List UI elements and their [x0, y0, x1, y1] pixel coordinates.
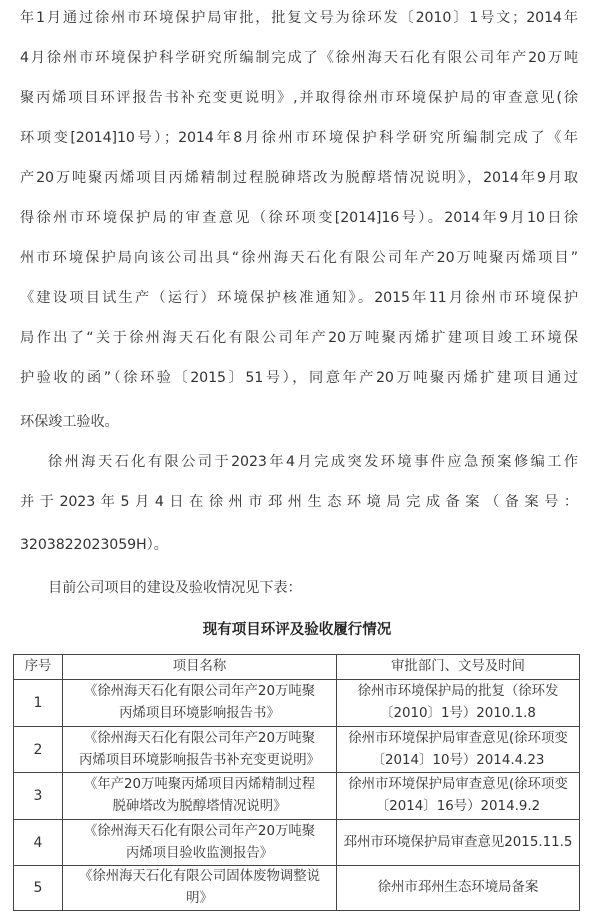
- table-intro-line: 目前公司项目的建设及验收情况见下表：: [48, 578, 578, 598]
- cell-text-line: 徐州市环境保护局的批复（徐环发: [341, 681, 575, 703]
- row-index: 1: [14, 680, 63, 727]
- paragraph-line: 并于2023年5月4日在徐州市邳州生态环境局完成备案（备案号：: [20, 492, 578, 512]
- paragraph-line: 《建设项目试生产（运行）环境保护核准通知》。2015年11月徐州市环境保护: [20, 288, 578, 308]
- row-project-name: 《徐州海天石化有限公司固体废物调整说明》: [63, 866, 337, 911]
- paragraph-line: 环项变[2014]10号）；2014年8月徐州市环境保护科学研究所编制完成了《年: [20, 128, 578, 148]
- paragraph-line: 4月徐州市环境保护科学研究所编制完成了《徐州海天石化有限公司年产20万吨: [20, 48, 578, 68]
- row-approval: 徐州市环境保护局的批复（徐环发〔2010〕1号）2010.1.8: [337, 680, 580, 727]
- paragraph-line: 得徐州市环境保护局的审查意见（徐环项变[2014]16号）。2014年9月10日…: [20, 208, 578, 228]
- table-row: 4《徐州海天石化有限公司年产20万吨聚丙烯项目验收监测报告》邳州市环境保护局审查…: [14, 820, 580, 866]
- table-row: 1《徐州海天石化有限公司年产20万吨聚丙烯项目环境影响报告书》徐州市环境保护局的…: [14, 680, 580, 727]
- table-row: 3《年产20万吨聚丙烯项目丙烯精制过程脱砷塔改为脱醇塔情况说明》徐州市环境保护局…: [14, 773, 580, 820]
- row-index: 3: [14, 773, 63, 820]
- cell-text-line: 《徐州海天石化有限公司年产20万吨聚: [67, 728, 332, 750]
- cell-text-line: 徐州市环境保护局审查意见(徐环项变: [341, 774, 575, 796]
- row-project-name: 《徐州海天石化有限公司年产20万吨聚丙烯项目环境影响报告书》: [63, 680, 337, 727]
- cell-text-line: 《年产20万吨聚丙烯项目丙烯精制过程: [67, 774, 332, 796]
- cell-text-line: 徐州市邳州生态环境局备案: [341, 877, 575, 899]
- paragraph-line: 州市环境保护局向该公司出具“徐州海天石化有限公司年产20万吨聚丙烯项目”: [20, 248, 578, 268]
- cell-text-line: 徐州市环境保护局审查意见(徐环项变: [341, 728, 575, 750]
- row-project-name: 《年产20万吨聚丙烯项目丙烯精制过程脱砷塔改为脱醇塔情况说明》: [63, 773, 337, 820]
- cell-text-line: 丙烯项目验收监测报告》: [67, 843, 332, 865]
- paragraph-line: 护验收的函”（徐环验〔2015〕51号），同意年产20万吨聚丙烯扩建项目通过: [20, 368, 578, 388]
- row-approval: 徐州市环境保护局审查意见(徐环项变〔2014〕10号）2014.4.23: [337, 727, 580, 773]
- paragraph-line: 3203822023059H）。: [20, 535, 578, 555]
- table-row: 5《徐州海天石化有限公司固体废物调整说明》徐州市邳州生态环境局备案: [14, 866, 580, 911]
- header-index: 序号: [14, 655, 63, 680]
- table-title: 现有项目环评及验收履行情况: [0, 620, 594, 640]
- row-approval: 邳州市环境保护局审查意见2015.11.5: [337, 820, 580, 866]
- cell-text-line: 脱砷塔改为脱醇塔情况说明》: [67, 796, 332, 818]
- paragraph-line: 年1月通过徐州市环境保护局审批，批复文号为徐环发〔2010〕1号文；2014年: [20, 8, 578, 28]
- row-index: 2: [14, 727, 63, 773]
- paragraph-line: 徐州海天石化有限公司于2023年4月完成突发环境事件应急预案修编工作: [48, 452, 578, 472]
- cell-text-line: 丙烯项目环境影响报告书》: [67, 703, 332, 725]
- table-header-row: 序号 项目名称 审批部门、文号及时间: [14, 655, 580, 680]
- cell-text-line: 〔2014〕10号）2014.4.23: [341, 750, 575, 772]
- row-project-name: 《徐州海天石化有限公司年产20万吨聚丙烯项目验收监测报告》: [63, 820, 337, 866]
- paragraph-line: 局作出了“关于徐州海天石化有限公司年产20万吨聚丙烯扩建项目竣工环境保: [20, 328, 578, 348]
- row-index: 4: [14, 820, 63, 866]
- table-row: 2《徐州海天石化有限公司年产20万吨聚丙烯项目环境影响报告书补充变更说明》徐州市…: [14, 727, 580, 773]
- header-project-name: 项目名称: [63, 655, 337, 680]
- cell-text-line: 《徐州海天石化有限公司固体废物调整说: [67, 866, 332, 888]
- row-approval: 徐州市环境保护局审查意见(徐环项变〔2014〕16号）2014.9.2: [337, 773, 580, 820]
- cell-text-line: 《徐州海天石化有限公司年产20万吨聚: [67, 681, 332, 703]
- cell-text-line: 《徐州海天石化有限公司年产20万吨聚: [67, 821, 332, 843]
- row-project-name: 《徐州海天石化有限公司年产20万吨聚丙烯项目环境影响报告书补充变更说明》: [63, 727, 337, 773]
- cell-text-line: 丙烯项目环境影响报告书补充变更说明》: [67, 750, 332, 772]
- cell-text-line: 明》: [67, 888, 332, 910]
- header-approval: 审批部门、文号及时间: [337, 655, 580, 680]
- paragraph-line: 环保竣工验收。: [20, 412, 578, 432]
- cell-text-line: 邳州市环境保护局审查意见2015.11.5: [341, 832, 575, 854]
- row-index: 5: [14, 866, 63, 911]
- paragraph-line: 聚丙烯项目环评报告书补充变更说明》,并取得徐州市环境保护局的审查意见(徐: [20, 88, 578, 108]
- cell-text-line: 〔2010〕1号）2010.1.8: [341, 703, 575, 725]
- row-approval: 徐州市邳州生态环境局备案: [337, 866, 580, 911]
- paragraph-line: 产20万吨聚丙烯项目丙烯精制过程脱砷塔改为脱醇塔情况说明》，2014年9月取: [20, 168, 578, 188]
- cell-text-line: 〔2014〕16号）2014.9.2: [341, 796, 575, 818]
- project-record-table: 序号 项目名称 审批部门、文号及时间 1《徐州海天石化有限公司年产20万吨聚丙烯…: [13, 654, 580, 911]
